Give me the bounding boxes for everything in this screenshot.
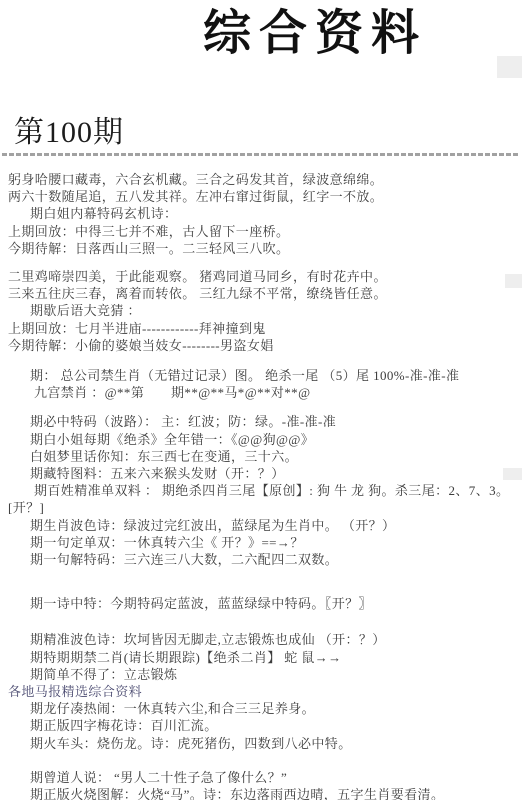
scan-artifact — [503, 468, 522, 480]
text-line: 期一诗中特：今期特码定蓝波，蓝蓝绿绿中特码。〖开？〗 — [0, 595, 522, 612]
text-line: 二里鸡啼崇四美，于此能观察。 猪鸡同道马同乡，有时花卉中。 — [0, 268, 522, 285]
text-line: 期正版四字梅花诗：百川汇流。 — [0, 717, 522, 734]
text-line: 期龙仔凑热闹：一休真转六尘,和合三三足养身。 — [0, 700, 522, 717]
scan-artifact — [505, 274, 522, 288]
text-line: 期精准波色诗：坎坷皆因无脚走,立志锻炼也成仙 （开：？） — [0, 631, 522, 648]
text-line: 期藏特图料：五来六来猴头发财（开：？） — [0, 465, 522, 482]
text-line: 期歇后语大竞猜 ： — [0, 302, 522, 319]
text-line: 期一句定单双：一休真转六尘《 开？》==→？ — [0, 534, 522, 551]
text-line: 各地马报精选综合资料 — [0, 683, 522, 700]
text-line: 期必中特码（波路）： 主：红波；防：绿。-准-准-准 — [0, 413, 522, 430]
scan-artifact — [497, 56, 522, 78]
text-line: 期百姓精准单双料 ： 期绝杀四肖三尾【原创】: 狗 牛 龙 狗。杀三尾：2、7、… — [0, 482, 522, 499]
text-line: 三来五往庆三春，离着而转依。 三红九绿不平常，缭绕皆任意。 — [0, 285, 522, 302]
document-page: 综合资料 第100期 躬身哈腰口藏毒，六合玄机藏。三合之码发其首，绿波意绵绵。两… — [0, 0, 522, 800]
text-line: 期火车头：烧伤龙。诗：虎死猪伤，四数到八必中特。 — [0, 735, 522, 752]
text-line: 期简单不得了：立志锻炼 — [0, 666, 522, 683]
text-line: 今期待解：小偷的婆娘当妓女--------男盗女娼 — [0, 337, 522, 354]
document-body: 躬身哈腰口藏毒，六合玄机藏。三合之码发其首，绿波意绵绵。两六十数随尾追，五八发其… — [0, 171, 522, 800]
issue-number: 第100期 — [14, 116, 522, 150]
text-line: [开？] — [0, 499, 522, 516]
text-line: 白姐梦里话你知：东三西七在变通，三十六。 — [0, 448, 522, 465]
text-line: 两六十数随尾追，五八发其祥。左冲右窜过街鼠，红字一不放。 — [0, 188, 522, 205]
text-line: 期特期期禁二肖(请长期跟踪)【绝杀二肖】 蛇 鼠→→ — [0, 649, 522, 666]
text-line: 期生肖波色诗：绿波过完红波出，蓝绿尾为生肖中。 （开？） — [0, 517, 522, 534]
text-line: 九宫禁肖 ：@**第 期**@**马*@**对**@ — [0, 384, 522, 401]
page-title: 综合资料 — [203, 6, 522, 62]
text-line: 期曾道人说： “男人二十性子急了像什么？” — [0, 769, 522, 786]
text-line: 躬身哈腰口藏毒，六合玄机藏。三合之码发其首，绿波意绵绵。 — [0, 171, 522, 188]
text-line: 上期回放：中得三七并不难，古人留下一座桥。 — [0, 223, 522, 240]
text-line: 期正版火烧图解：火烧“马”。诗：东边落雨西边晴，五字生肖要看清。 — [0, 786, 522, 800]
text-line: 上期回放：七月半进庙------------拜神撞到鬼 — [0, 320, 522, 337]
dashed-separator — [2, 153, 518, 156]
text-line: 期： 总公司禁生肖（无错过记录）图。 绝杀一尾 （5）尾 100%-准-准-准 — [0, 367, 522, 384]
text-line: 期白姐内幕特码玄机诗： — [0, 205, 522, 222]
text-line: 期一句解特码：三六连三八大数，二六配四二双数。 — [0, 551, 522, 568]
text-line: 今期待解：日落西山三照一。二三轻风三八吹。 — [0, 240, 522, 257]
text-line: 期白小姐每期《绝杀》全年错一：《@@狗@@》 — [0, 431, 522, 448]
